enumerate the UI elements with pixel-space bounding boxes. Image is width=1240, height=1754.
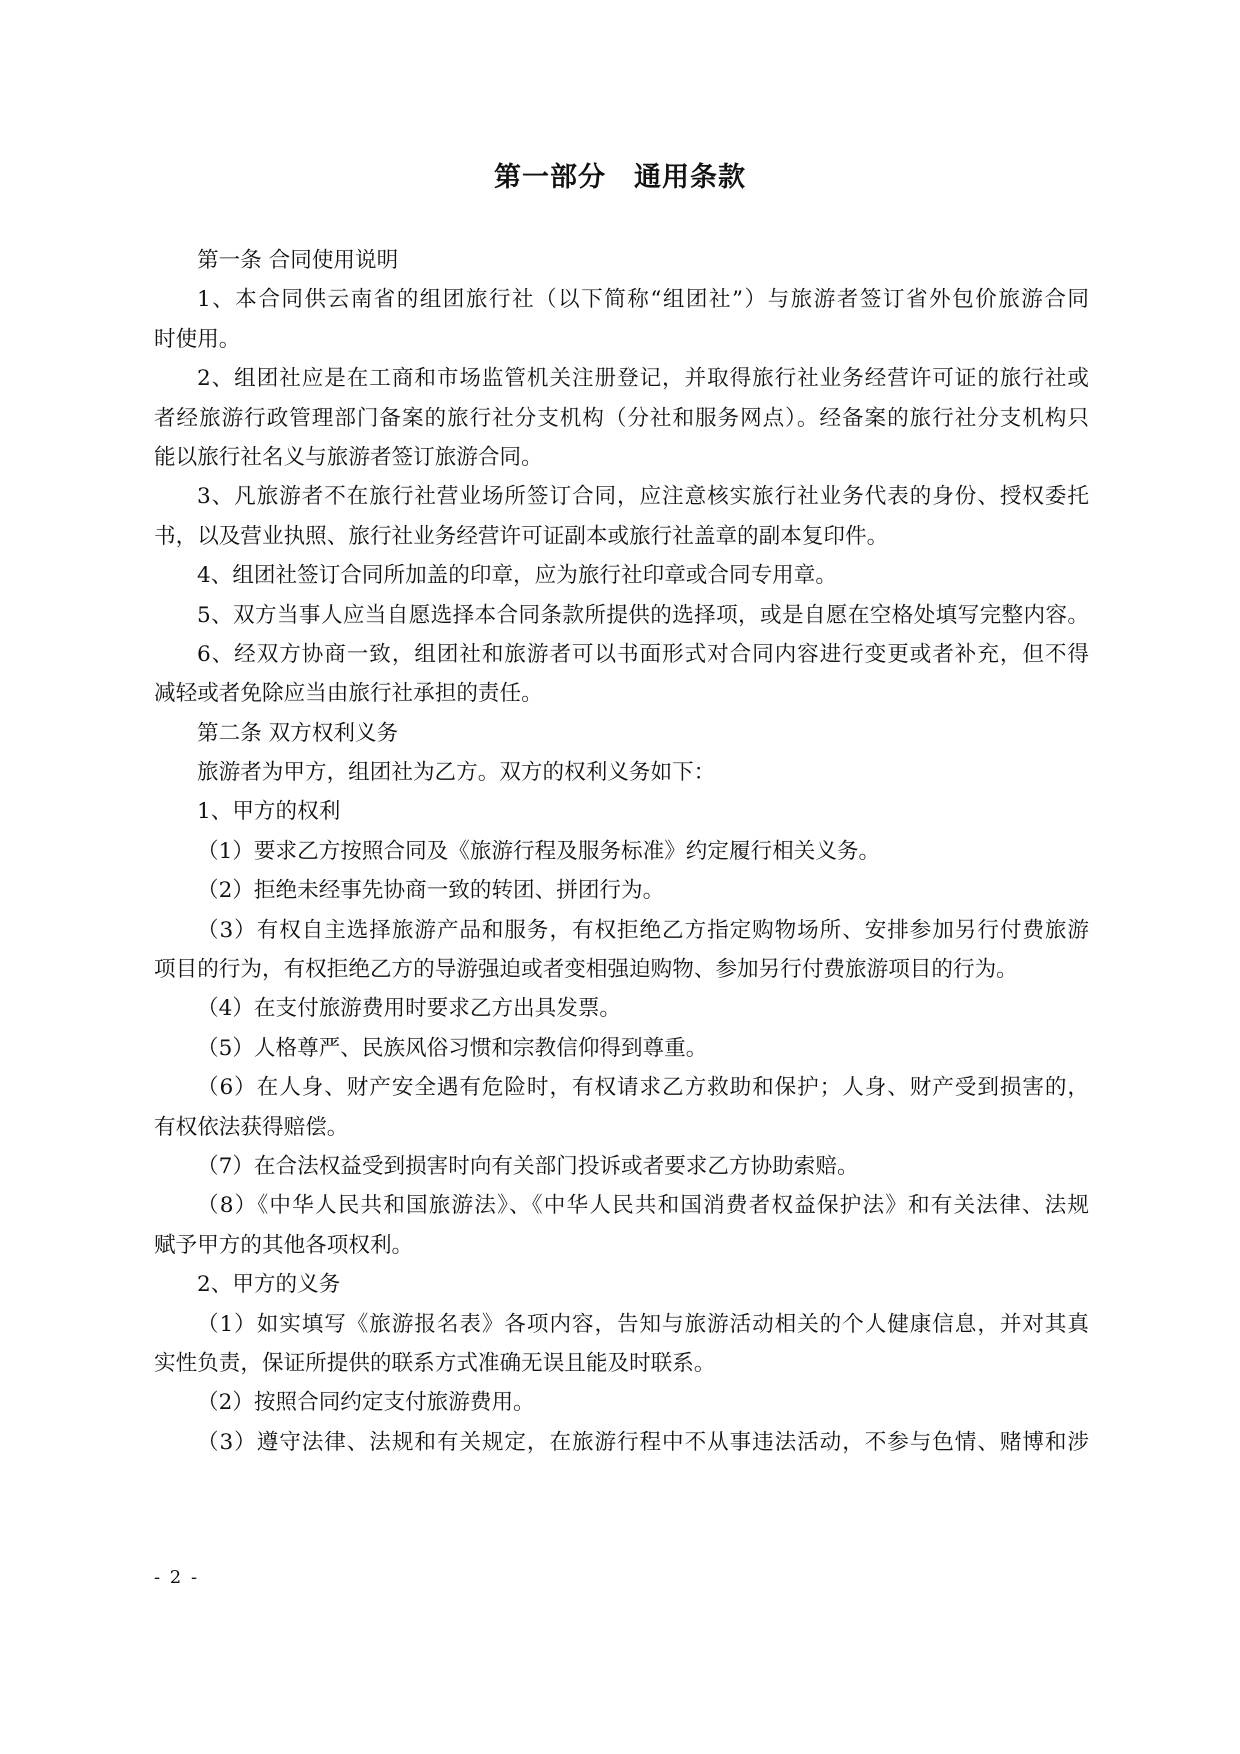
document-page: 第一部分 通用条款 第一条 合同使用说明1、本合同供云南省的组团旅行社（以下简称… [0, 0, 1240, 1754]
text-line-paragraph-continuation: 书，以及营业执照、旅行社业务经营许可证副本或旅行社盖章的副本复印件。 [154, 517, 1089, 556]
text-line-section-heading: 1、甲方的权利 [154, 792, 1089, 831]
text-line-list-item: （1）如实填写《旅游报名表》各项内容，告知与旅游活动相关的个人健康信息，并对其真 [154, 1305, 1089, 1344]
text-line-list-item: （8）《中华人民共和国旅游法》、《中华人民共和国消费者权益保护法》和有关法律、法… [154, 1186, 1089, 1225]
text-line-paragraph: 1、本合同供云南省的组团旅行社（以下简称“组团社”）与旅游者签订省外包价旅游合同 [154, 280, 1089, 319]
text-line-paragraph: 2、组团社应是在工商和市场监管机关注册登记，并取得旅行社业务经营许可证的旅行社或 [154, 359, 1089, 398]
text-line-paragraph: 5、双方当事人应当自愿选择本合同条款所提供的选择项，或是自愿在空格处填写完整内容… [154, 596, 1089, 635]
text-line-list-item: （1）要求乙方按照合同及《旅游行程及服务标准》约定履行相关义务。 [154, 832, 1089, 871]
text-line-list-item: （2）拒绝未经事先协商一致的转团、拼团行为。 [154, 871, 1089, 910]
text-line-paragraph: 3、凡旅游者不在旅行社营业场所签订合同，应注意核实旅行社业务代表的身份、授权委托 [154, 477, 1089, 516]
document-body: 第一条 合同使用说明1、本合同供云南省的组团旅行社（以下简称“组团社”）与旅游者… [154, 241, 1089, 1462]
text-line-paragraph: 6、经双方协商一致，组团社和旅游者可以书面形式对合同内容进行变更或者补充，但不得 [154, 635, 1089, 674]
text-line-list-item: （5）人格尊严、民族风俗习惯和宗教信仰得到尊重。 [154, 1029, 1089, 1068]
text-line-paragraph-continuation: 项目的行为，有权拒绝乙方的导游强迫或者变相强迫购物、参加另行付费旅游项目的行为。 [154, 950, 1089, 989]
text-line-list-item: （3）有权自主选择旅游产品和服务，有权拒绝乙方指定购物场所、安排参加另行付费旅游 [154, 911, 1089, 950]
text-line-paragraph: 4、组团社签订合同所加盖的印章，应为旅行社印章或合同专用章。 [154, 556, 1089, 595]
text-line-paragraph-continuation: 实性负责，保证所提供的联系方式准确无误且能及时联系。 [154, 1344, 1089, 1383]
text-line-paragraph: 旅游者为甲方，组团社为乙方。双方的权利义务如下： [154, 753, 1089, 792]
text-line-paragraph-continuation: 者经旅游行政管理部门备案的旅行社分支机构（分社和服务网点）。经备案的旅行社分支机… [154, 399, 1089, 438]
text-line-paragraph-continuation: 有权依法获得赔偿。 [154, 1108, 1089, 1147]
text-line-list-item: （2）按照合同约定支付旅游费用。 [154, 1383, 1089, 1422]
text-line-article-heading: 第二条 双方权利义务 [154, 714, 1089, 753]
text-line-list-item: （7）在合法权益受到损害时向有关部门投诉或者要求乙方协助索赔。 [154, 1147, 1089, 1186]
text-line-section-heading: 2、甲方的义务 [154, 1265, 1089, 1304]
page-title: 第一部分 通用条款 [0, 155, 1240, 194]
text-line-list-item: （4）在支付旅游费用时要求乙方出具发票。 [154, 989, 1089, 1028]
text-line-paragraph-continuation: 减轻或者免除应当由旅行社承担的责任。 [154, 674, 1089, 713]
text-line-paragraph-continuation: 时使用。 [154, 320, 1089, 359]
text-line-list-item: （3）遵守法律、法规和有关规定，在旅游行程中不从事违法活动，不参与色情、赌博和涉 [154, 1423, 1089, 1462]
text-line-list-item: （6）在人身、财产安全遇有危险时，有权请求乙方救助和保护；人身、财产受到损害的， [154, 1068, 1089, 1107]
text-line-paragraph-continuation: 能以旅行社名义与旅游者签订旅游合同。 [154, 438, 1089, 477]
text-line-article-heading: 第一条 合同使用说明 [154, 241, 1089, 280]
text-line-paragraph-continuation: 赋予甲方的其他各项权利。 [154, 1226, 1089, 1265]
page-number: - 2 - [154, 1567, 199, 1588]
